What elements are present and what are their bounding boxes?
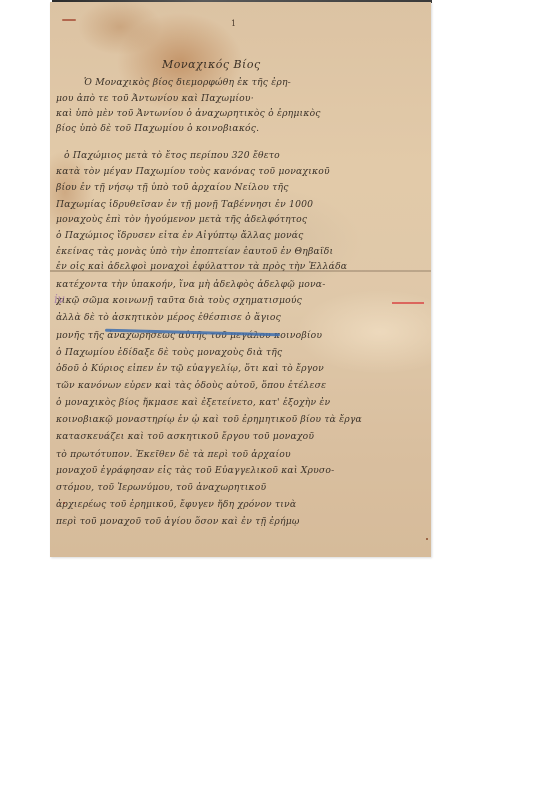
text-line: βίου ἐν τῇ νήσῳ τῇ ὑπὸ τοῦ ἀρχαίου Νείλο… — [56, 182, 428, 193]
margin-mark: ⅳ — [54, 292, 66, 306]
text-line: τὸ πρωτότυπον. Ἐκεῖθεν δὲ τὰ περὶ τοῦ ἀρ… — [56, 449, 416, 460]
text-line: ἐν οἷς καὶ ἀδελφοὶ μοναχοὶ ἐφύλαττον τὰ … — [56, 261, 428, 272]
ink-spot — [426, 538, 428, 540]
text-line: κατὰ τὸν μέγαν Παχωμίου τοὺς κανόνας τοῦ… — [56, 166, 428, 177]
text-line: ἐκείνας τὰς μονὰς ὑπὸ τὴν ἐποπτείαν ἑαυτ… — [56, 246, 428, 257]
text-line: μου ἀπὸ τε τοῦ Ἀντωνίου καὶ Παχωμίου· — [56, 93, 396, 104]
text-line: Ὁ Μοναχικὸς βίος διεμορφώθη ἐκ τῆς ἐρη- — [84, 77, 424, 88]
text-line: μοναχοῦ ἐγράφησαν εἰς τὰς τοῦ Εὐαγγελικο… — [56, 465, 428, 476]
text-line: ὁ μοναχικὸς βίος ἤκμασε καὶ ἐξετείνετο, … — [56, 397, 428, 408]
ink-spot — [63, 502, 65, 504]
manuscript-page: 1 Μοναχικός Βίος Ὁ Μοναχικὸς βίος διεμορ… — [50, 2, 431, 557]
ink-spot — [62, 19, 76, 21]
text-line: ὁ Παχώμιος μετὰ τὸ ἔτος περίπου 320 ἔθετ… — [64, 150, 424, 161]
text-line: κατέχοντα τὴν ὑπακοήν, ἵνα μὴ ἀδελφὸς ἀδ… — [56, 279, 428, 290]
text-line: χικῷ σῶμα κοινωνῇ ταῦτα διὰ τοὺς σχηματι… — [56, 295, 428, 306]
text-line: ὁ Παχώμιος ἴδρυσεν εἶτα ἐν Αἰγύπτῳ ἄλλας… — [56, 230, 428, 241]
text-line: στόμου, τοῦ Ἱερωνύμου, τοῦ ἀναχωρητικοῦ — [56, 482, 428, 493]
text-line: Παχωμίας ἱδρυθεῖσαν ἐν τῇ μονῇ Ταβέννησι… — [56, 199, 426, 210]
text-line: περὶ τοῦ μοναχοῦ τοῦ ἁγίου ὅσον καὶ ἐν τ… — [56, 516, 428, 527]
text-line: ὁδοῦ ὁ Κύριος εἶπεν ἐν τῷ εὐαγγελίῳ, ὅτι… — [56, 363, 428, 374]
red-underline-annotation — [392, 302, 424, 304]
text-line: ἀλλὰ δὲ τὸ ἀσκητικὸν μέρος ἐθέσπισε ὁ ἅγ… — [56, 312, 428, 323]
text-line: μοναχοὺς ἐπὶ τὸν ἡγούμενον μετὰ τῆς ἀδελ… — [56, 214, 428, 225]
text-line: τῶν κανόνων εὗρεν καὶ τὰς ὁδοὺς αὐτοῦ, ὅ… — [56, 380, 428, 391]
text-line: βίος ὑπὸ δὲ τοῦ Παχωμίου ὁ κοινοβιακός. — [56, 123, 356, 134]
text-line: ἀρχιερέως τοῦ ἐρημικοῦ, ἔφυγεν ἤδη χρόνο… — [56, 499, 428, 510]
text-line: κοινοβιακῷ μοναστηρίῳ ἐν ᾧ καὶ τοῦ ἐρημη… — [56, 414, 428, 425]
handwritten-text-body: Ὁ Μοναχικὸς βίος διεμορφώθη ἐκ τῆς ἐρη- … — [50, 2, 431, 557]
text-line: ὁ Παχωμίου ἐδίδαξε δὲ τοὺς μοναχοὺς διὰ … — [56, 347, 406, 358]
text-line: καὶ ὑπὸ μὲν τοῦ Ἀντωνίου ὁ ἀναχωρητικὸς … — [56, 108, 426, 119]
text-line: κατασκευάζει καὶ τοῦ ασκητικοῦ ἔργου τοῦ… — [56, 431, 428, 442]
